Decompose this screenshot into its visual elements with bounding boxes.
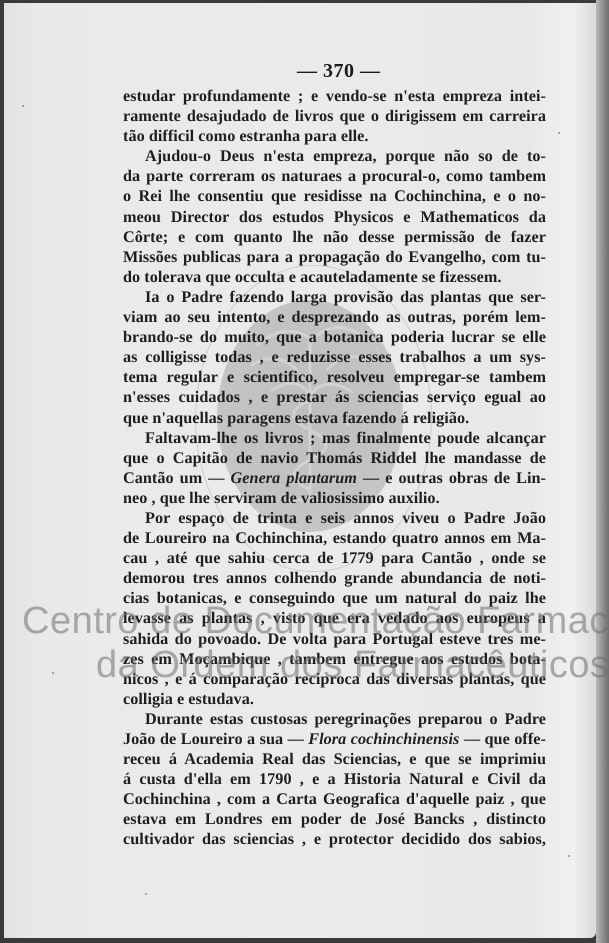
text-line: neo , que lhe serviram de valiosissimo a… bbox=[123, 488, 546, 508]
text-line: demorou tres annos colhendo grande abund… bbox=[123, 568, 546, 588]
text-segment: João de Loureiro a sua — bbox=[123, 730, 308, 748]
paper-speck bbox=[52, 672, 54, 674]
scanned-page-view: — 370 — estudar profundamente ; e vendo-… bbox=[0, 0, 609, 943]
text-line: sahida do povoado. De volta para Portuga… bbox=[123, 629, 546, 649]
paper-speck bbox=[183, 835, 185, 837]
text-line: João de Loureiro a sua — Flora cochinchi… bbox=[123, 729, 546, 749]
text-line: á custa d'ella em 1790 , e a Historia Na… bbox=[123, 769, 546, 789]
text-line: brando-se do muito, que a botanica poder… bbox=[123, 327, 546, 347]
text-segment: — que offe- bbox=[459, 730, 546, 748]
text-line: n'esses cuidados , e prestar ás sciencia… bbox=[123, 387, 546, 407]
text-line: levasse as plantas , visto que era vedad… bbox=[123, 608, 546, 628]
text-line: cias botanicas, e conseguindo que um nat… bbox=[123, 588, 546, 608]
paper-speck bbox=[568, 855, 570, 857]
text-line: estava em Londres em poder de José Banck… bbox=[123, 809, 546, 829]
page-number: — 370 — bbox=[297, 60, 381, 83]
paper-speck bbox=[22, 105, 24, 107]
text-segment: Cantão um — bbox=[123, 469, 231, 487]
text-line: Cantão um — Genera plantarum — e outras … bbox=[123, 468, 546, 488]
text-line: que o Capitão de navio Thomás Riddel lhe… bbox=[123, 448, 546, 468]
paper-speck bbox=[558, 132, 560, 134]
text-line: Ia o Padre fazendo larga provisão das pl… bbox=[123, 287, 546, 307]
text-line: tema regular e scientifico, resolveu emp… bbox=[123, 367, 546, 387]
text-line: viam ao seu intento, e desprezando as ou… bbox=[123, 307, 546, 327]
text-segment: — e outras obras de Lin- bbox=[357, 469, 546, 487]
text-line: as colligisse todas , e reduzisse esses … bbox=[123, 347, 546, 367]
text-line: que n'aquellas paragens estava fazendo á… bbox=[123, 408, 546, 428]
text-line: Cochinchina , com a Carta Geografica d'a… bbox=[123, 789, 546, 809]
text-line: Côrte; e com quanto lhe não desse permis… bbox=[123, 227, 546, 247]
book-title-italic: Genera plantarum bbox=[231, 469, 357, 487]
text-line: estudar profundamente ; e vendo-se n'est… bbox=[123, 86, 546, 106]
text-line: Ajudou-o Deus n'esta empreza, porque não… bbox=[123, 146, 546, 166]
paper-speck bbox=[145, 893, 147, 895]
text-line: tão difficil como estranha para elle. bbox=[123, 126, 546, 146]
book-title-italic: Flora cochinchinensis bbox=[308, 730, 459, 748]
text-line: do tolerava que occulta e acauteladament… bbox=[123, 267, 546, 287]
text-line: o Rei lhe consentiu que residisse na Coc… bbox=[123, 186, 546, 206]
text-line: receu á Academia Real das Sciencias, e q… bbox=[123, 749, 546, 769]
body-text: estudar profundamente ; e vendo-se n'est… bbox=[123, 86, 546, 850]
book-page-edge bbox=[596, 0, 609, 943]
text-line: da parte correram os naturaes a procural… bbox=[123, 166, 546, 186]
text-line: Missões publicas para a propagação do Ev… bbox=[123, 247, 546, 267]
text-line: Durante estas custosas peregrinações pre… bbox=[123, 709, 546, 729]
text-line: meou Director dos estudos Physicos e Mat… bbox=[123, 207, 546, 227]
text-line: nicos , e á comparação reciproca das div… bbox=[123, 669, 546, 689]
text-line: zes em Moçambique , tambem entregue aos … bbox=[123, 649, 546, 669]
text-line: Por espaço de trinta e seis annos viveu … bbox=[123, 508, 546, 528]
text-line: Faltavam-lhe os livros ; mas finalmente … bbox=[123, 428, 546, 448]
text-line: colligia e estudava. bbox=[123, 689, 546, 709]
text-line: ramente desajudado de livros que o dirig… bbox=[123, 106, 546, 126]
text-line: de Loureiro na Cochinchina, estando quat… bbox=[123, 528, 546, 548]
text-line: cultivador das sciencias , e protector d… bbox=[123, 829, 546, 849]
text-line: cau , até que sahiu cerca de 1779 para C… bbox=[123, 548, 546, 568]
